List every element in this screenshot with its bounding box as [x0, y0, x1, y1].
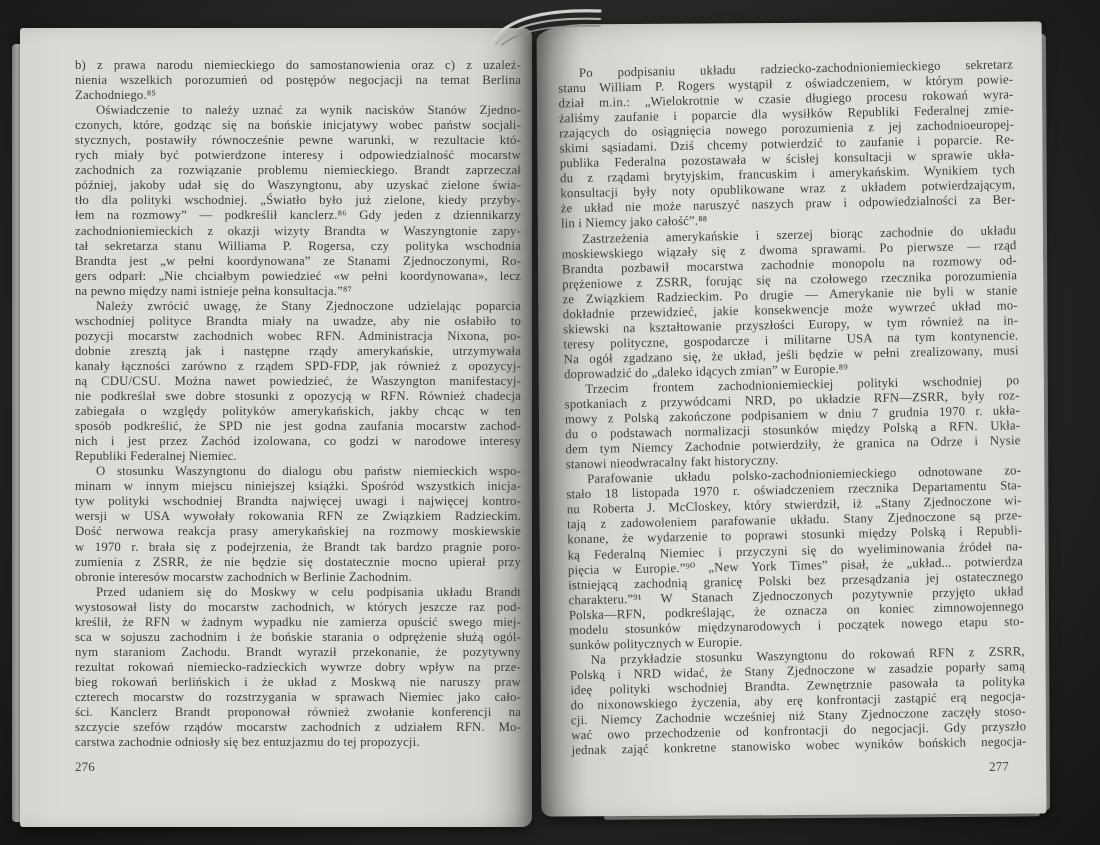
text-line: ną CDU/CSU. Można nawet powiedzieć, że W…: [75, 374, 521, 389]
text-line: tyw polityki wschodniej Brandta najwięce…: [75, 494, 521, 509]
text-line: carstwa zachodnie odniosły się bez entuz…: [75, 735, 521, 750]
text-line: nich i jest przez Zachód izolowana, co g…: [75, 434, 521, 449]
text-line: Republiki Federalnej Niemiec.: [75, 449, 521, 464]
text-line: nym staraniom Zachodu. Brandt wyraził pr…: [75, 645, 521, 660]
text-line: bieg rokowań berlińskich i że układ z Mo…: [75, 675, 521, 690]
text-line: tło dla polityki wschodniej. „Światło by…: [75, 193, 521, 208]
text-line: gers odparł: „Nie chciałbym powiedzieć «…: [75, 269, 521, 284]
right-page-number: 277: [572, 758, 1027, 782]
text-line: Przed udaniem się do Moskwy w celu podpi…: [75, 585, 521, 600]
text-line: ści. Kanclerz Brandt proponował również …: [75, 705, 521, 720]
text-line: wersji w USA wywołały rokowania RFN ze Z…: [75, 509, 521, 524]
text-line: sca w sojuszu zachodnim i że bońskie sta…: [75, 630, 521, 645]
left-page-number: 276: [75, 759, 521, 774]
text-line: kanały łączności zarówno z rządem SPD-FD…: [75, 359, 521, 374]
left-page: b) z prawa narodu niemieckiego do samost…: [20, 28, 532, 827]
text-line: czonych, które, godząc się na bońskie in…: [75, 118, 521, 133]
right-page: Po podpisaniu układu radziecko-zachodnio…: [537, 21, 1047, 816]
text-line: minam w innym miejscu niniejszej książki…: [75, 479, 521, 494]
text-line: zachodnich za rozwiązanie problemu niemi…: [75, 163, 521, 178]
text-line: rych miały być potwierdzone interesy i o…: [75, 148, 521, 163]
text-line: kreślił, że RFN w żadnym wypadku nie zam…: [75, 615, 521, 630]
text-line: Dość nerwowa reakcja prasy amerykańskiej…: [75, 524, 521, 539]
left-page-text: b) z prawa narodu niemieckiego do samost…: [75, 58, 521, 774]
left-page-body: b) z prawa narodu niemieckiego do samost…: [75, 58, 521, 750]
text-line: czterech mocarstw do rozstrzygania w spr…: [75, 690, 521, 705]
text-line: wystosował listy do mocarstw zachodnich,…: [75, 600, 521, 615]
text-line: Należy zwrócić uwagę, że Stany Zjednoczo…: [75, 299, 521, 314]
right-page-text: Po podpisaniu układu radziecko-zachodnio…: [558, 57, 1027, 782]
spine-page-curl: [486, 2, 604, 46]
text-line: zumienia z ZSRR, że nie będzie się dosta…: [75, 555, 521, 570]
text-line: łem na rozmowy” — podkreślił kanclerz.⁸⁶…: [75, 208, 521, 223]
text-line: nienia wszelkich porozumień od postępów …: [75, 73, 521, 88]
text-line: Oświadczenie to należy uznać za wynik na…: [75, 103, 521, 118]
text-line: zachodnioniemieckich z okazji wizyty Bra…: [75, 224, 521, 239]
text-line: tał sekretarza stanu Williama P. Rogersa…: [75, 239, 521, 254]
text-line: wschodniej polityce Brandta miały na uwa…: [75, 314, 521, 329]
text-line: sposób podkreślić, że SPD nie jest godna…: [75, 419, 521, 434]
right-page-body: Po podpisaniu układu radziecko-zachodnio…: [558, 57, 1027, 758]
photographed-book-spread: { "colors": { "background": "#262626", "…: [0, 0, 1100, 845]
text-line: stycznych, postawiły równocześnie pewne …: [75, 133, 521, 148]
text-line: obronie interesów mocarstw zachodnich w …: [75, 570, 521, 585]
text-line: zabiegała o względy polityków amerykańsk…: [75, 404, 521, 419]
text-line: Zachodniego.⁸⁵: [75, 88, 521, 103]
text-line: O stosunku Waszyngtonu do dialogu obu pa…: [75, 464, 521, 479]
text-line: dobnie zresztą jak i następne rządy amer…: [75, 344, 521, 359]
text-line: w 1970 r. brała się z podejrzenia, że Br…: [75, 540, 521, 555]
text-line: pozycji mocarstw zachodnich wobec RFN. A…: [75, 329, 521, 344]
text-line: Brandta jest „w pełni koordynowana” ze S…: [75, 254, 521, 269]
text-line: b) z prawa narodu niemieckiego do samost…: [75, 58, 521, 73]
text-line: na pewno między nami istnieje pełna kons…: [75, 284, 521, 299]
text-line: rezultat rokowań niemiecko-radzieckich w…: [75, 660, 521, 675]
text-line: nie podkreślał swe dobre stosunki z opoz…: [75, 389, 521, 404]
text-line: później, jakoby udał się do Waszyngtonu,…: [75, 178, 521, 193]
text-line: szczycie szefów rządów mocarstw zachodni…: [75, 720, 521, 735]
